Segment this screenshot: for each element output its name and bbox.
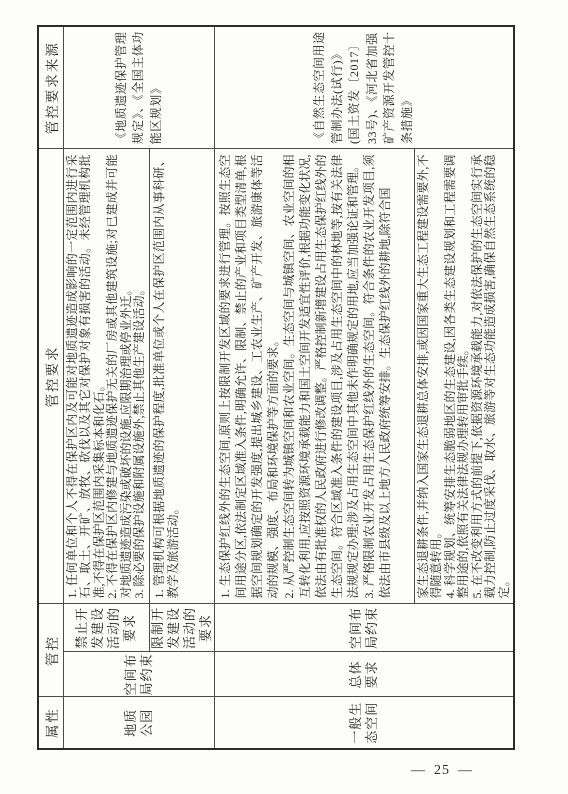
cell-attribute-geopark: 地质 公园 — [63, 697, 215, 749]
cell-source-geopark: 《地质遗迹保护管理 规定》、《全国主体功 能区规划》 — [63, 26, 215, 149]
document-page: 属性 管控 管控要求 管控要求来源 地质 公园 空间布 局约束 禁止开 发建设 … — [0, 0, 568, 794]
cell-control-overall-requirement: 总体 要求 — [215, 652, 514, 697]
cell-requirements-geopark-prohibited: 1. 任何单位和个人不得在保护区内及可能对地质遗迹造成影响的一定范围内进行采石、… — [63, 149, 150, 604]
cell-control-prohibited-activities: 禁止开 发建设 活动的 要求 — [63, 604, 150, 652]
source-text-geopark: 《地质遗迹保护管理 规定》、《全国主体功 能区规划》 — [113, 31, 166, 144]
header-attribute: 属性 — [38, 697, 63, 749]
cell-control-restricted-activities: 限制开 发建设 活动的 要求 — [150, 604, 215, 652]
cell-control-spatial-constraint-general: 空间布 局约束 — [215, 604, 514, 652]
cell-requirements-geopark-restricted: 1. 管理机构可根据地质遗迹的保护程度,批准单位或个人在保护区范围内从事科研、教… — [150, 149, 215, 604]
page-number-dash-left: — — [411, 763, 426, 778]
header-source: 管控要求来源 — [38, 26, 63, 149]
page-number: —25— — [402, 763, 482, 779]
header-requirement: 管控要求 — [38, 149, 63, 604]
page-number-dash-right: — — [458, 763, 473, 778]
page-number-value: 25 — [434, 763, 450, 778]
cell-requirements-general-part1: 1. 生态保护红线外的生态空间,原则上按限制开发区域的要求进行管理。按照生态空间… — [215, 149, 415, 604]
cell-source-general: 《自然生态空间用途 管制办法(试行)》 (国土资发〔2017〕 33号)、《河北… — [215, 26, 514, 149]
cell-control-spatial-constraint-geopark: 空间布 局约束 — [63, 652, 215, 697]
cell-attribute-general-eco-space: 一般生 态空间 — [215, 697, 514, 749]
header-control: 管控 — [38, 604, 63, 697]
rotated-table-container: 属性 管控 管控要求 管控要求来源 地质 公园 空间布 局约束 禁止开 发建设 … — [37, 27, 497, 750]
cell-requirements-general-part2: 家生态退耕条件,并纳入国家生态退耕总体安排,或因国家重大生态工程建设需要外,不得… — [415, 149, 514, 604]
space-control-table: 属性 管控 管控要求 管控要求来源 地质 公园 空间布 局约束 禁止开 发建设 … — [37, 25, 515, 750]
source-text-general: 《自然生态空间用途 管制办法(试行)》 (国土资发〔2017〕 33号)、《河北… — [311, 32, 416, 145]
